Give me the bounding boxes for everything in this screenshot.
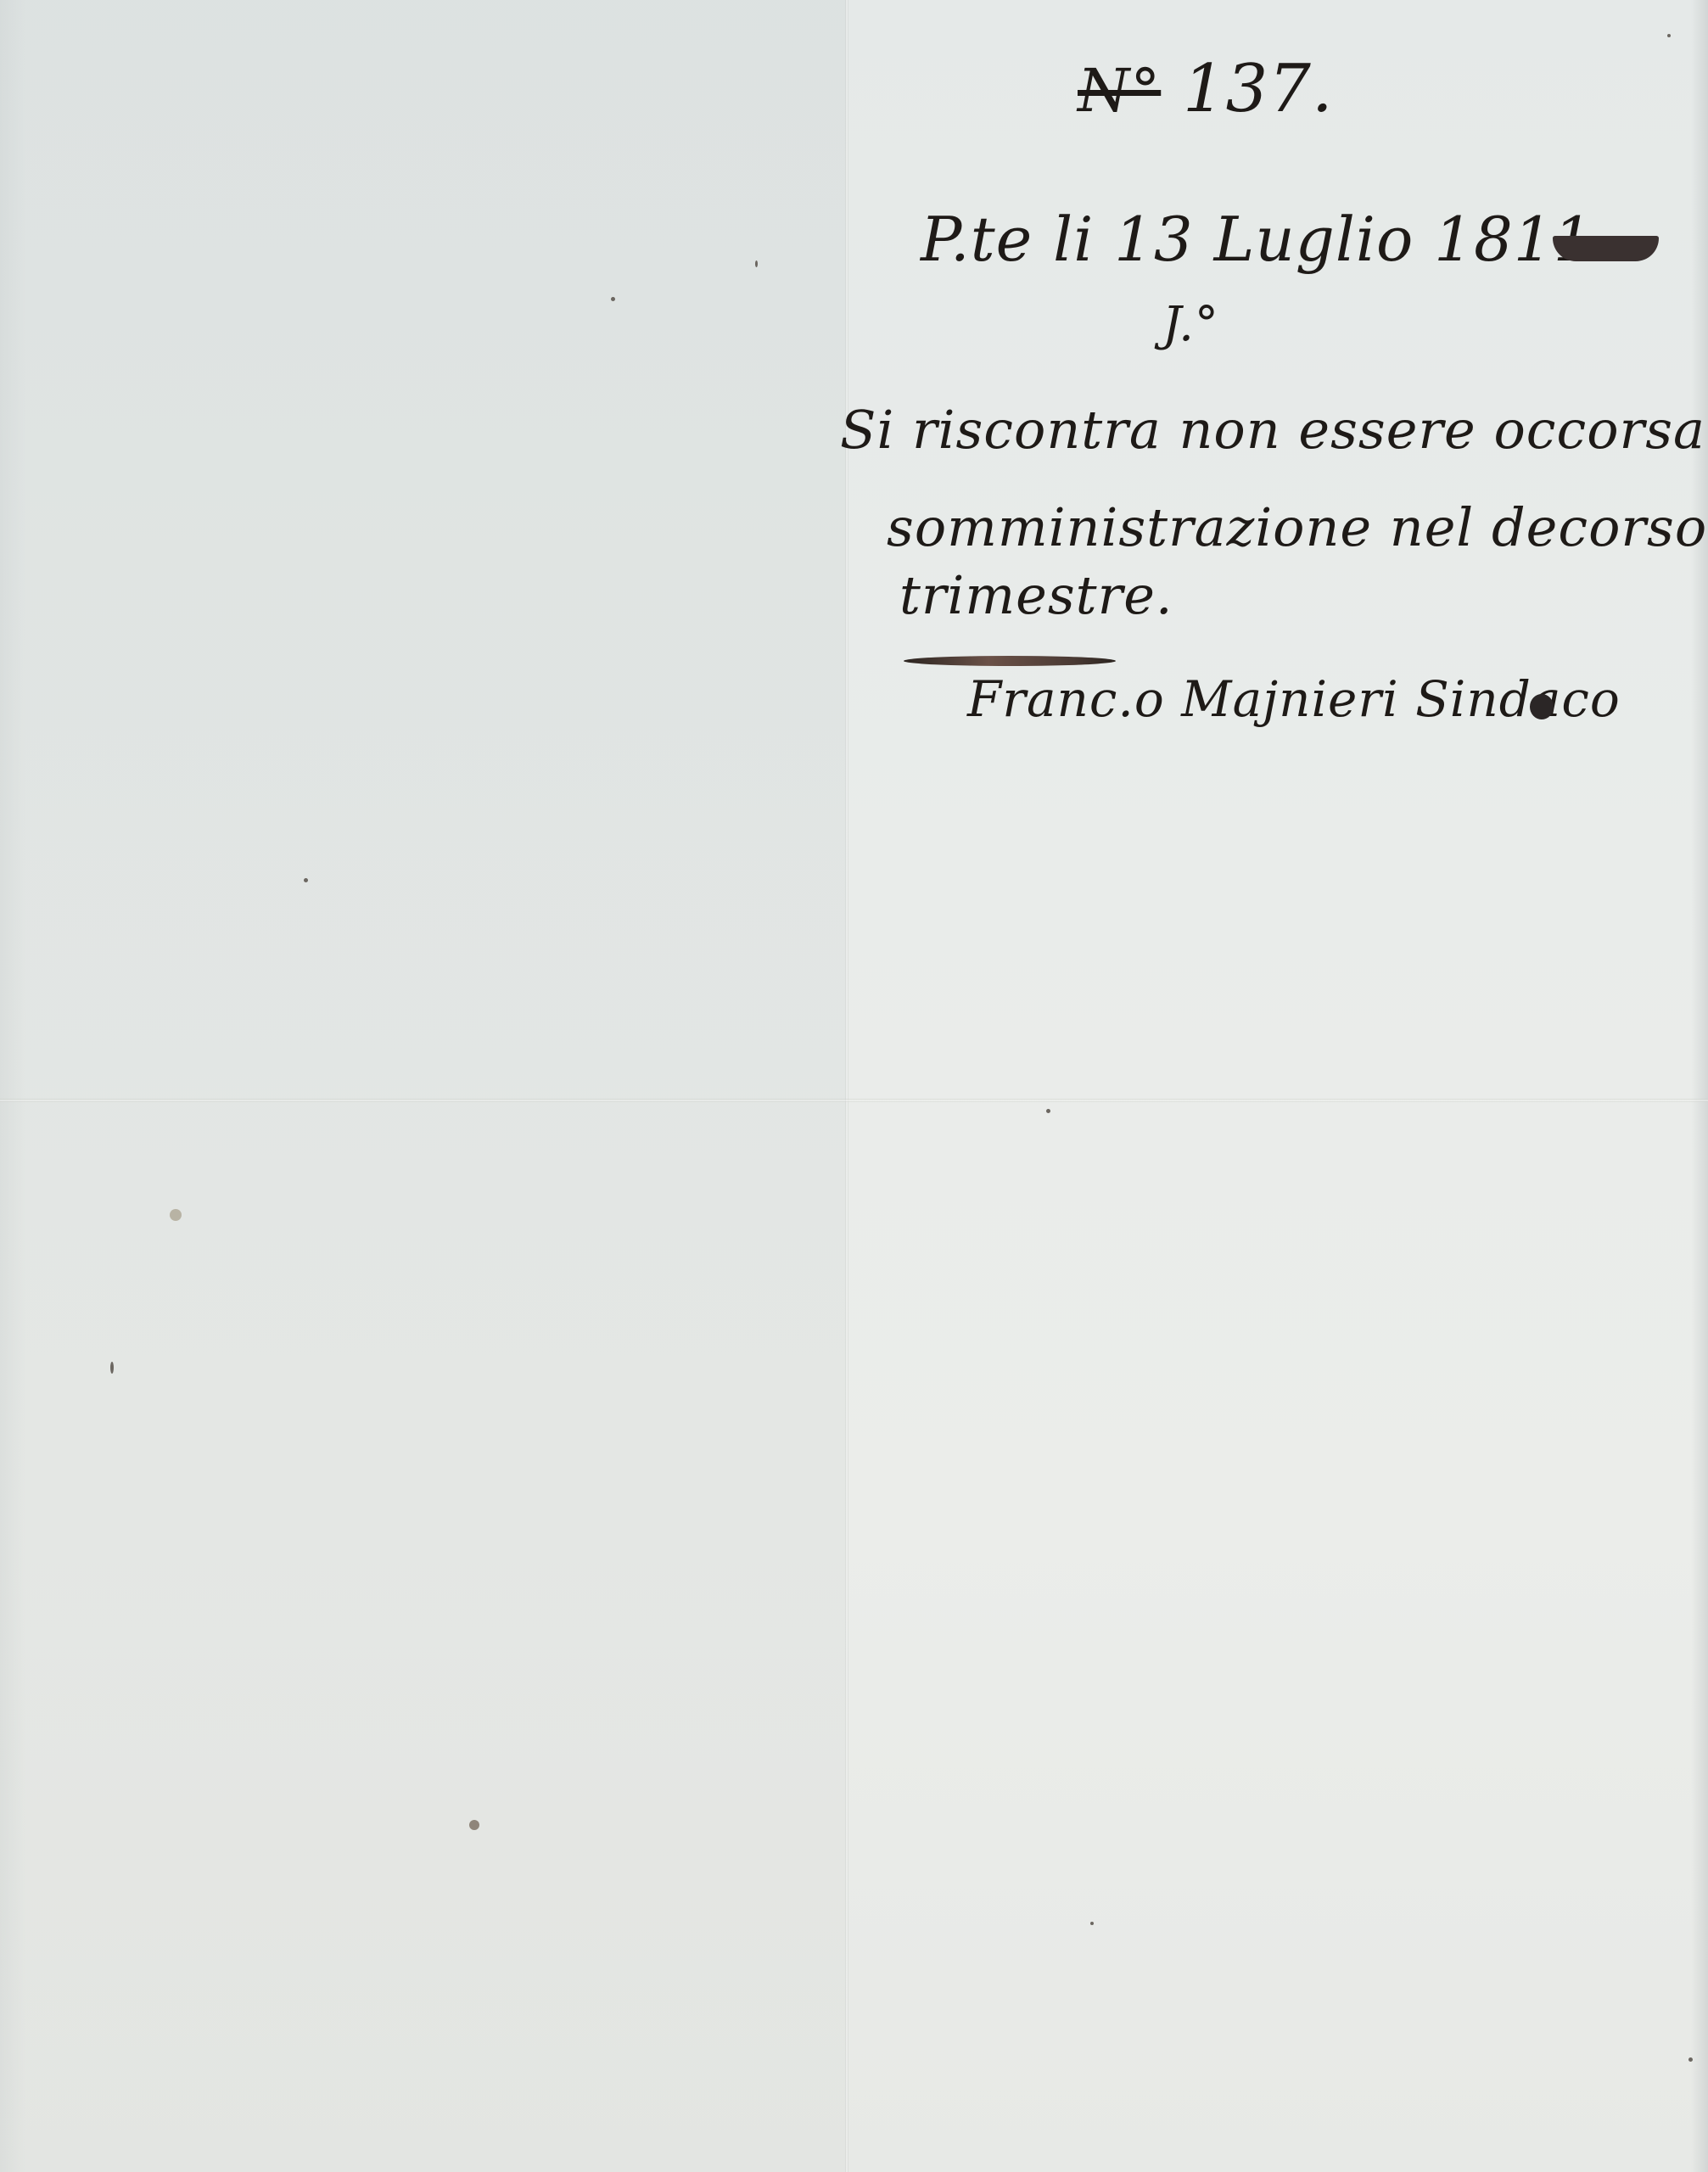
number-label: N° — [1078, 56, 1161, 126]
body-line-3: trimestre. — [899, 564, 1173, 626]
paper-sheet: N° 137. P.te li 13 Luglio 1811 J.° Si ri… — [0, 0, 1708, 2172]
paper-speck — [611, 297, 615, 301]
body-line-1: Si riscontra non essere occorsa alcuna — [840, 399, 1708, 461]
ink-flourish-blot — [1553, 236, 1659, 261]
paper-speck — [1046, 1109, 1050, 1113]
paper-speck — [304, 878, 308, 882]
paper-speck — [110, 1362, 114, 1374]
document-number: N° 137. — [1078, 51, 1334, 127]
signature: Franc.o Majnieri Sindaco — [967, 670, 1621, 728]
date-line: P.te li 13 Luglio 1811 — [921, 204, 1593, 275]
body-line-2: somministrazione nel decorso — [887, 496, 1707, 558]
ink-blot — [1530, 694, 1554, 719]
salutation: J.° — [1162, 297, 1219, 352]
paper-speck — [170, 1209, 182, 1221]
number-value: 137. — [1183, 51, 1334, 127]
paper-speck — [1667, 34, 1671, 37]
paper-speck — [755, 260, 758, 267]
paper-speck — [469, 1820, 479, 1830]
signature-flourish — [904, 656, 1116, 666]
horizontal-fold-line — [0, 1099, 1708, 1102]
paper-speck — [1688, 2057, 1693, 2062]
vertical-fold-line — [845, 0, 848, 2172]
left-page-half — [0, 0, 847, 2172]
paper-speck — [1090, 1922, 1094, 1925]
